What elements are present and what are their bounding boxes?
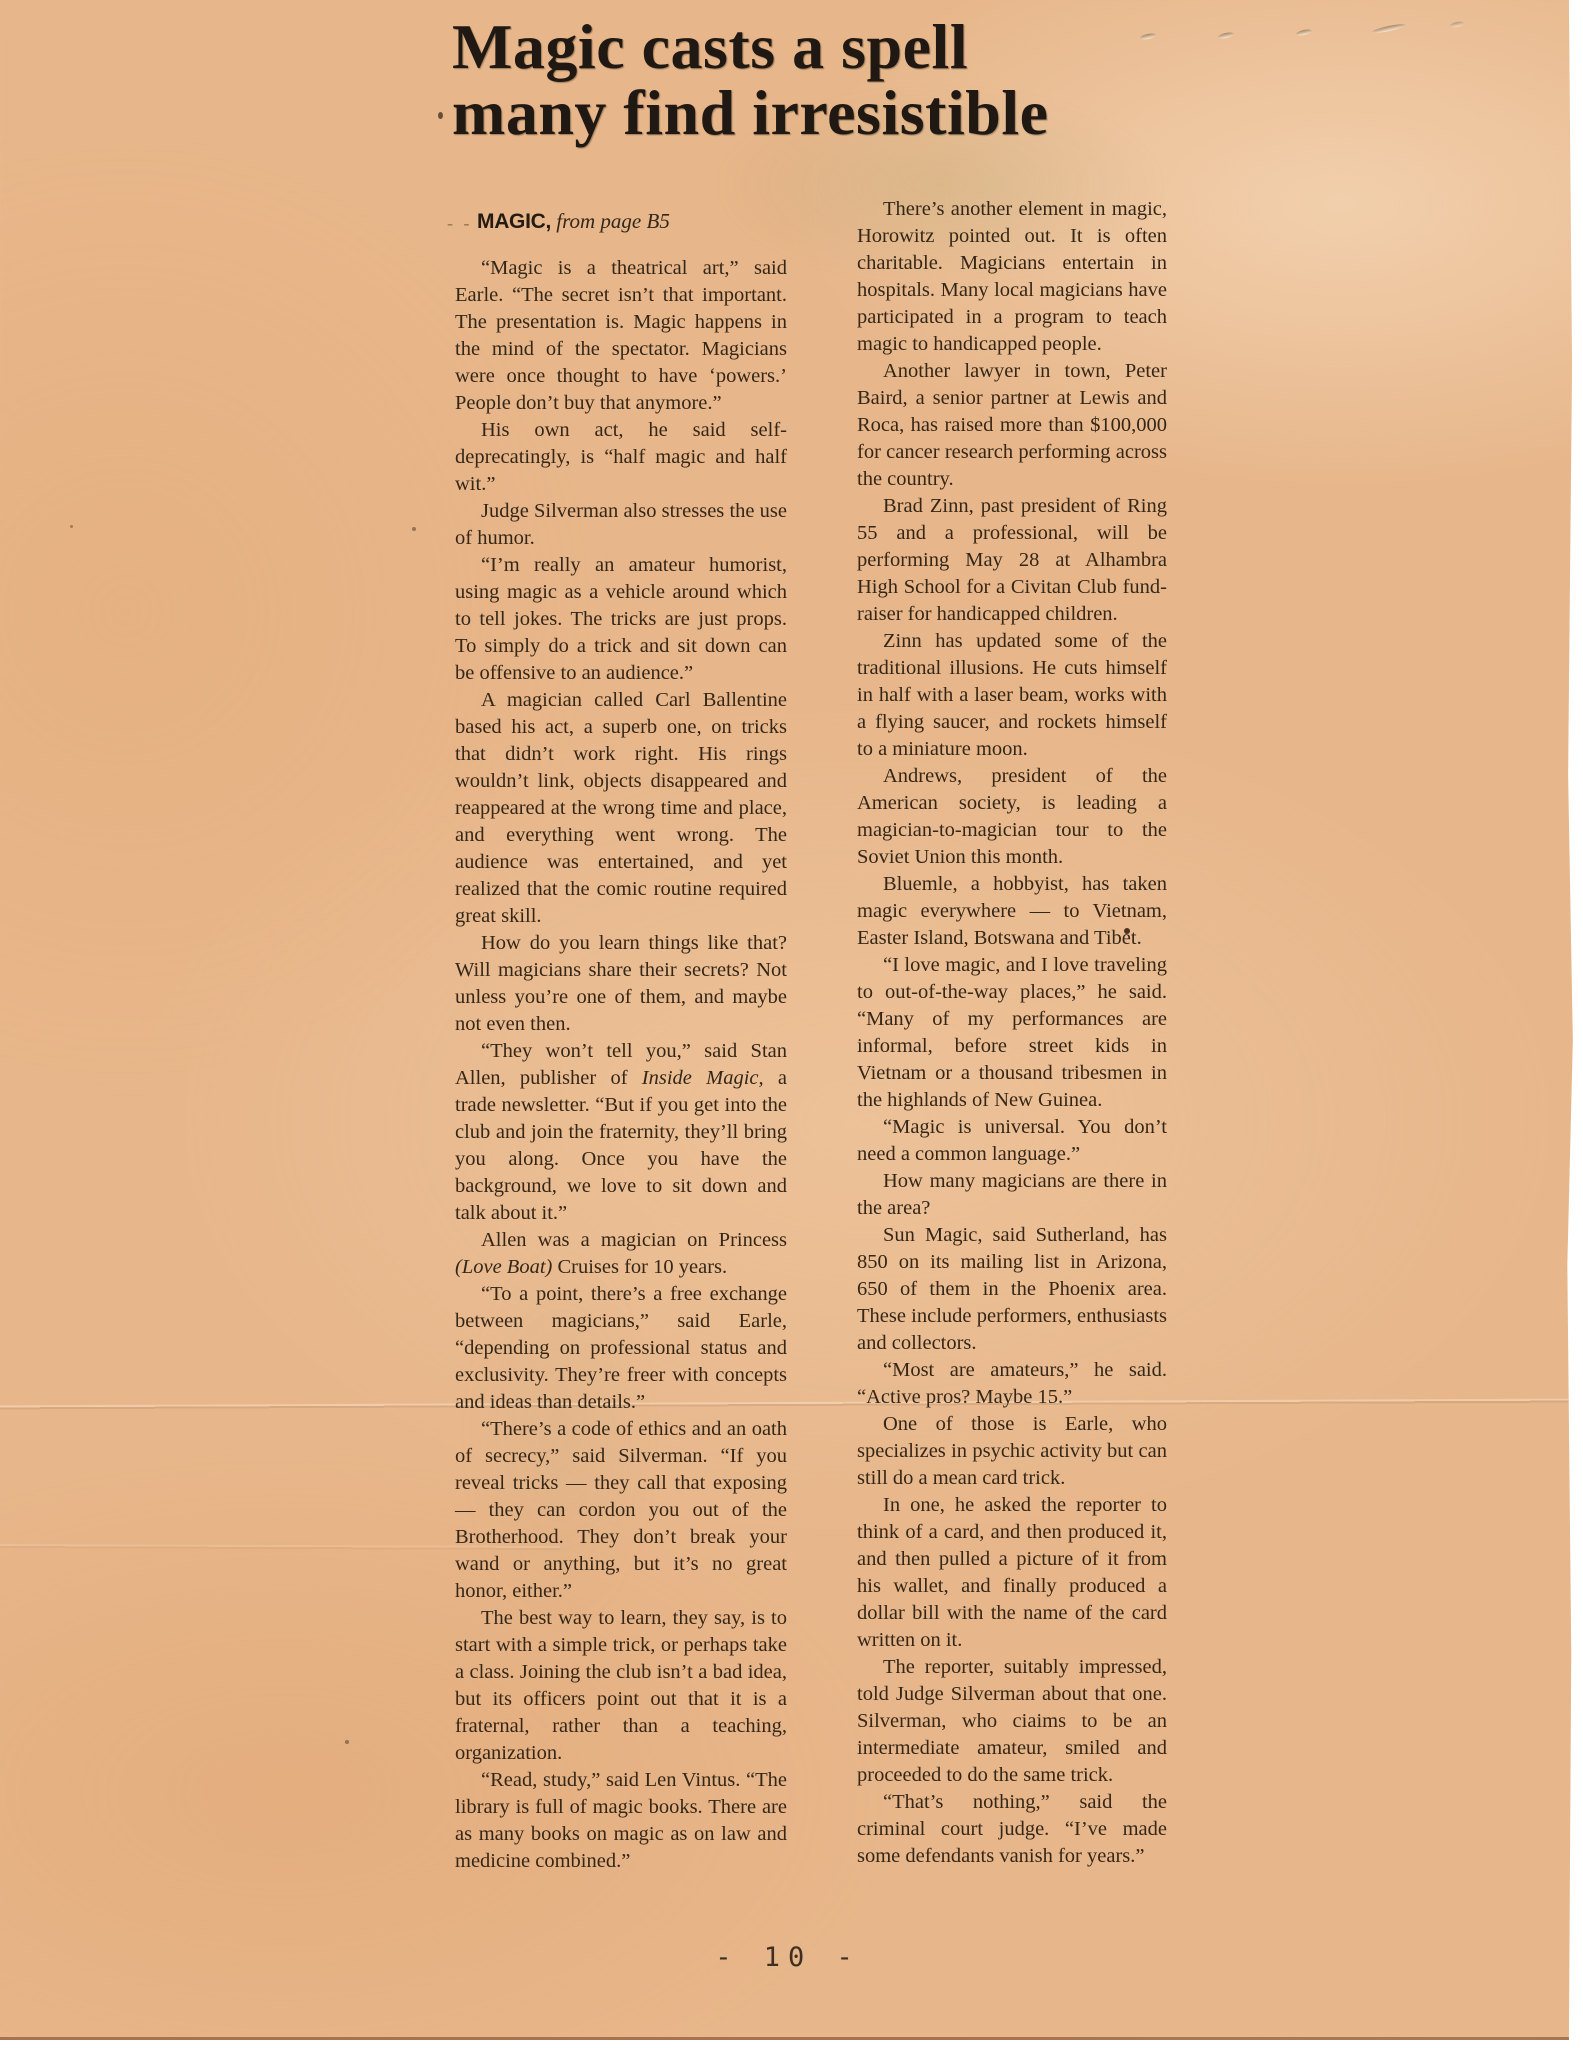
ink-speck: [412, 527, 416, 531]
article-headline: Magic casts a spell many find irresistib…: [452, 14, 1212, 146]
headline-line-2: many find irresistible: [452, 80, 1212, 146]
article-paragraph: A magician called Carl Ballentine based …: [455, 687, 787, 930]
article-paragraph: His own act, he said self-deprecatingly,…: [455, 417, 787, 498]
article-paragraph: “Read, study,” said Len Vintus. “The lib…: [455, 1767, 787, 1875]
article-paragraph: “There’s a code of ethics and an oath of…: [455, 1416, 787, 1605]
column-left-paragraphs: “Magic is a theatrical art,” said Earle.…: [455, 255, 787, 1875]
newspaper-clipping-scan: Magic casts a spell many find irresistib…: [0, 0, 1583, 2048]
article-paragraph: The best way to learn, they say, is to s…: [455, 1605, 787, 1767]
article-paragraph: “I’m really an amateur humorist, using m…: [455, 552, 787, 687]
article-paragraph: In one, he asked the reporter to think o…: [857, 1492, 1167, 1654]
article-paragraph: There’s another element in magic, Horowi…: [857, 196, 1167, 358]
article-paragraph: “They won’t tell you,” said Stan Allen, …: [455, 1038, 787, 1227]
ink-speck: [1124, 928, 1130, 934]
continuation-label: MAGIC,: [477, 210, 551, 233]
page-number: - 10 -: [0, 1942, 1576, 1973]
staple-indentation-marks: [1140, 22, 1470, 52]
ink-speck: [70, 525, 73, 528]
continuation-page-reference: from page B5: [556, 209, 670, 233]
article-paragraph: One of those is Earle, who specializes i…: [857, 1411, 1167, 1492]
article-paragraph: “Magic is a theatrical art,” said Earle.…: [455, 255, 787, 417]
article-paragraph: Bluemle, a hobbyist, has taken magic eve…: [857, 871, 1167, 952]
article-paragraph: How many magicians are there in the area…: [857, 1168, 1167, 1222]
article-paragraph: Judge Silverman also stresses the use of…: [455, 498, 787, 552]
article-paragraph: “I love magic, and I love traveling to o…: [857, 952, 1167, 1114]
article-paragraph: Andrews, president of the American socie…: [857, 763, 1167, 871]
article-paragraph: “To a point, there’s a free exchange bet…: [455, 1281, 787, 1416]
article-paragraph: Another lawyer in town, Peter Baird, a s…: [857, 358, 1167, 493]
column-right-paragraphs: There’s another element in magic, Horowi…: [857, 196, 1167, 1870]
ink-speck: [438, 112, 443, 119]
article-paragraph: Zinn has updated some of the traditional…: [857, 628, 1167, 763]
article-paragraph: “Most are amateurs,” he said. “Active pr…: [857, 1357, 1167, 1411]
pencil-dash-marks: - -: [447, 210, 473, 237]
article-paragraph: Brad Zinn, past president of Ring 55 and…: [857, 493, 1167, 628]
continuation-note: - - MAGIC, from page B5: [477, 208, 787, 235]
newspaper-page: Magic casts a spell many find irresistib…: [0, 0, 1576, 2040]
article-paragraph: “Magic is universal. You don’t need a co…: [857, 1114, 1167, 1168]
article-column-right: There’s another element in magic, Horowi…: [857, 196, 1167, 1870]
article-paragraph: “That’s nothing,” said the criminal cour…: [857, 1789, 1167, 1870]
ink-speck: [345, 1740, 349, 1744]
article-paragraph: Allen was a magician on Princess (Love B…: [455, 1227, 787, 1281]
headline-line-1: Magic casts a spell: [452, 14, 1212, 80]
article-paragraph: Sun Magic, said Sutherland, has 850 on i…: [857, 1222, 1167, 1357]
article-paragraph: How do you learn things like that? Will …: [455, 930, 787, 1038]
article-paragraph: The reporter, suitably impressed, told J…: [857, 1654, 1167, 1789]
article-column-left: - - MAGIC, from page B5 “Magic is a thea…: [455, 208, 787, 1875]
